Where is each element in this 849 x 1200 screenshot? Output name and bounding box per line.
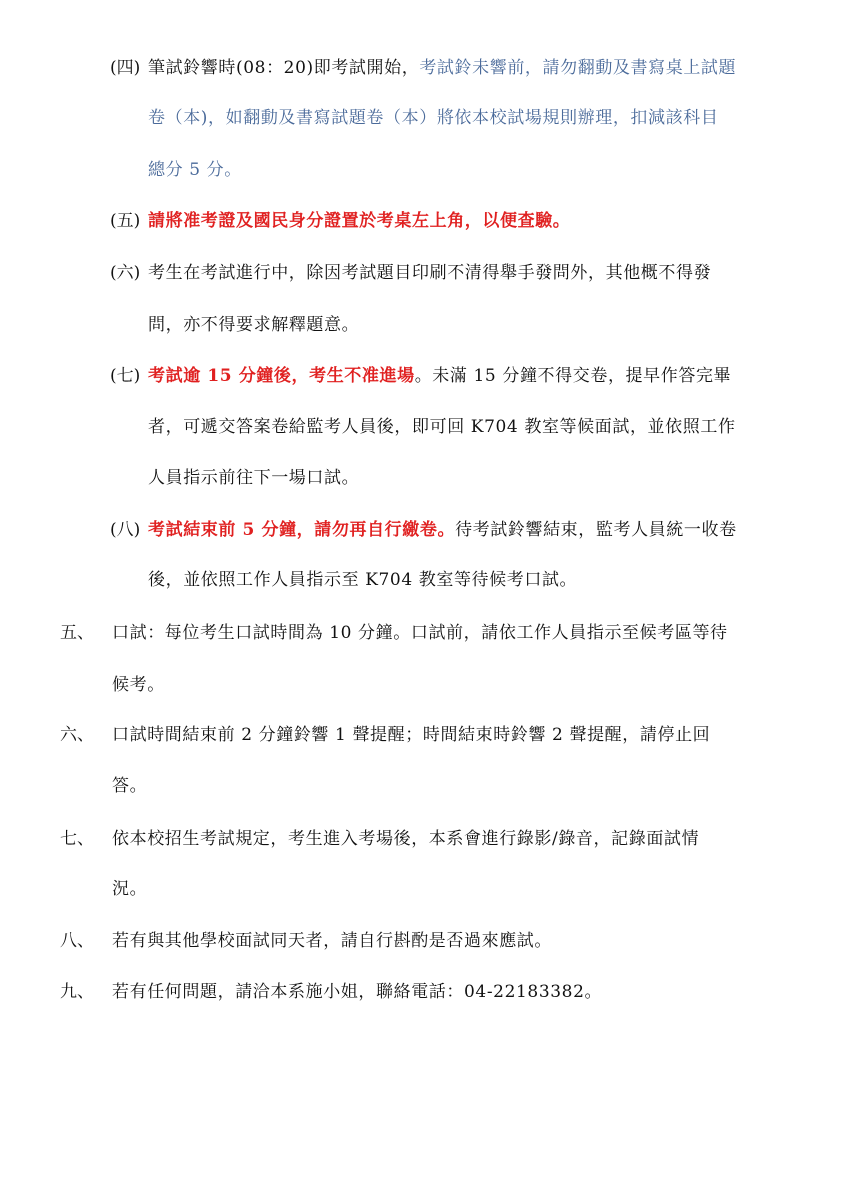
sub-item-7-line-2: 者，可遞交答案卷給監考人員後，即可回 K704 教室等候面試，並依照工作 [148, 415, 736, 439]
sub-item-7-line-3: 人員指示前往下一場口試。 [148, 466, 359, 490]
main-item-6-line-1: 口試時間結束前 2 分鐘鈴響 1 聲提醒；時間結束時鈴響 2 聲提醒，請停止回 [112, 723, 710, 747]
sub-item-8-line-2: 後，並依照工作人員指示至 K704 教室等待候考口試。 [148, 568, 577, 592]
main-item-label-8: 八、 [60, 929, 94, 953]
main-item-8-line-1: 若有與其他學校面試同天者，請自行斟酌是否過來應試。 [112, 929, 552, 953]
sub-item-6-line-2: 問，亦不得要求解釋題意。 [148, 313, 359, 337]
sub-item-label-6: (六) [110, 261, 140, 285]
blue-highlight-text: 考試鈴未響前，請勿翻動及書寫桌上試題 [419, 58, 736, 78]
main-item-6-line-2: 答。 [112, 774, 147, 798]
main-item-7-line-1: 依本校招生考試規定，考生進入考場後，本系會進行錄影/錄音，記錄面試情 [112, 827, 699, 851]
sub-item-label-7: (七) [110, 364, 140, 388]
main-item-5-line-1: 口試：每位考生口試時間為 10 分鐘。口試前，請依工作人員指示至候考區等待 [112, 621, 728, 645]
main-item-label-5: 五、 [60, 621, 94, 645]
text-span: 待考試鈴響結束，監考人員統一收卷 [455, 520, 737, 540]
sub-item-4-line-3: 總分 5 分。 [148, 158, 242, 182]
sub-item-5-line-1: 請將准考證及國民身分證置於考桌左上角，以便查驗。 [148, 209, 570, 233]
red-highlight-text: 考試逾 15 分鐘後，考生不准進場 [148, 366, 415, 386]
main-item-9-line-1: 若有任何問題，請洽本系施小姐，聯絡電話：04-22183382。 [112, 980, 602, 1004]
main-item-label-9: 九、 [60, 980, 94, 1004]
sub-item-8-line-1: 考試結束前 5 分鐘，請勿再自行繳卷。待考試鈴響結束，監考人員統一收卷 [148, 518, 737, 542]
sub-item-label-4: (四) [110, 56, 140, 80]
sub-item-label-5: (五) [110, 209, 140, 233]
text-span: 筆試鈴響時(08：20)即考試開始， [148, 58, 419, 78]
main-item-5-line-2: 候考。 [112, 673, 165, 697]
main-item-label-7: 七、 [60, 827, 94, 851]
text-span: 。未滿 15 分鐘不得交卷，提早作答完畢 [415, 366, 731, 386]
main-item-label-6: 六、 [60, 723, 94, 747]
sub-item-7-line-1: 考試逾 15 分鐘後，考生不准進場。未滿 15 分鐘不得交卷，提早作答完畢 [148, 364, 731, 388]
red-highlight-text: 考試結束前 5 分鐘，請勿再自行繳卷。 [148, 520, 455, 540]
sub-item-4-line-2: 卷（本)，如翻動及書寫試題卷（本）將依本校試場規則辦理，扣減該科目 [148, 106, 718, 130]
sub-item-4-line-1: 筆試鈴響時(08：20)即考試開始，考試鈴未響前，請勿翻動及書寫桌上試題 [148, 56, 736, 80]
sub-item-label-8: (八) [110, 518, 140, 542]
main-item-7-line-2: 況。 [112, 877, 147, 901]
sub-item-6-line-1: 考生在考試進行中，除因考試題目印刷不清得舉手發問外，其他概不得發 [148, 261, 711, 285]
